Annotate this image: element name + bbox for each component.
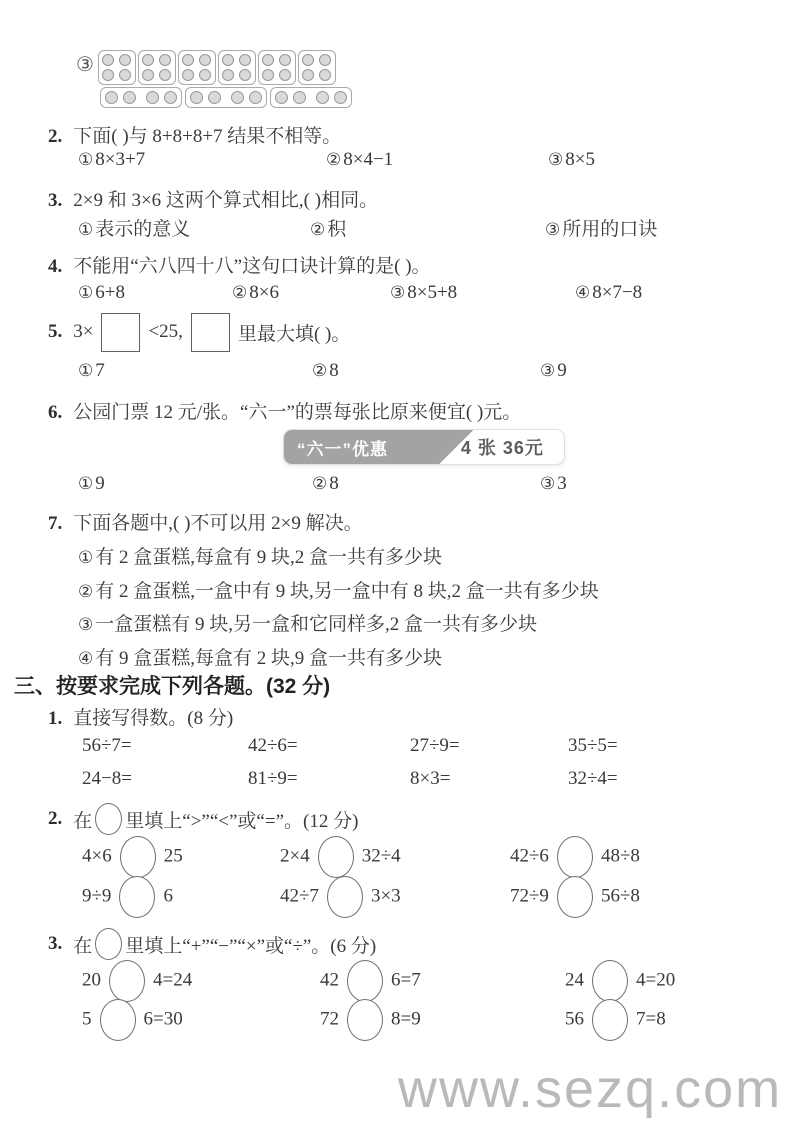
operator-left: 42: [320, 969, 339, 990]
option-text: 8: [329, 360, 339, 381]
option-text: 积: [327, 219, 346, 240]
question-4-text: 不能用“六八四十八”这句口诀计算的是( )。: [73, 256, 430, 277]
answer-circle: [119, 876, 155, 918]
option-mark: ①: [78, 548, 93, 568]
calc-expression: 24−8=: [82, 768, 248, 790]
question-7: 7.下面各题中,( )不可以用 2×9 解决。: [48, 508, 363, 535]
dot-group-box: [100, 87, 182, 108]
calc-row-1: 56÷7= 42÷6= 27÷9= 35÷5=: [82, 735, 618, 757]
dot: [199, 54, 211, 66]
option-mark: ②: [326, 150, 341, 170]
compare-cell: 42÷73×3: [280, 876, 510, 918]
answer-circle: [327, 876, 363, 918]
option: ②8: [312, 473, 540, 495]
operator-right: 7=8: [636, 1008, 666, 1029]
section3-sub2-title: 2. 在 里填上“>”“<”或“=”。(12 分): [48, 803, 358, 835]
ticket-banner-price-label: 4 张 36元: [441, 430, 564, 464]
operator-left: 20: [82, 969, 101, 990]
option: ③8×5+8: [390, 282, 575, 304]
dot: [279, 69, 291, 81]
option-mark: ①: [78, 150, 93, 170]
dot-group-box: [178, 50, 216, 85]
dots-bottom-row: [100, 87, 352, 108]
option-text: 8×4−1: [343, 149, 393, 170]
answer-circle: [347, 999, 383, 1041]
section3-sub1-title: 1.直接写得数。(8 分): [48, 703, 233, 730]
option-mark: ②: [310, 220, 325, 240]
dot: [159, 69, 171, 81]
question-6-number: 6.: [48, 402, 62, 423]
list-item: ②有 2 盒蛋糕,一盒中有 9 块,另一盒中有 8 块,2 盒一共有多少块: [78, 575, 599, 609]
calc-expression: 42÷6=: [248, 735, 410, 757]
question-5-options: ①7 ②8 ③9: [78, 360, 567, 382]
answer-circle: [95, 803, 122, 835]
question-7-text: 下面各题中,( )不可以用 2×9 解决。: [73, 513, 362, 534]
operator-cell: 567=8: [565, 999, 666, 1041]
operator-right: 6=7: [391, 969, 421, 990]
sub3-number: 3.: [48, 933, 62, 955]
question-3: 3.2×9 和 3×6 这两个算式相比,( )相同。: [48, 185, 378, 212]
question-2-options: ①8×3+7 ②8×4−1 ③8×5: [78, 149, 595, 171]
dot-group-box: [298, 50, 336, 85]
compare-left: 72÷9: [510, 885, 549, 906]
compare-left: 2×4: [280, 845, 310, 866]
option-mark: ①: [78, 283, 93, 303]
option: ①7: [78, 360, 312, 382]
question-3-text: 2×9 和 3×6 这两个算式相比,( )相同。: [73, 190, 378, 211]
answer-circle: [592, 999, 628, 1041]
answer-circle: [557, 836, 593, 878]
dot-group-box: [138, 50, 176, 85]
dot: [231, 91, 244, 104]
dot: [119, 54, 131, 66]
section-3-header: 三、按要求完成下列各题。(32 分): [14, 670, 330, 700]
option-mark: ①: [78, 474, 93, 494]
option-text: 8×3+7: [95, 149, 145, 170]
question-4-number: 4.: [48, 256, 62, 277]
operator-cell: 56=30: [82, 999, 320, 1041]
dot: [262, 54, 274, 66]
operator-left: 24: [565, 969, 584, 990]
operator-left: 56: [565, 1008, 584, 1029]
option-text: 有 2 盒蛋糕,一盒中有 9 块,另一盒中有 8 块,2 盒一共有多少块: [95, 581, 599, 602]
dot: [222, 54, 234, 66]
dot: [279, 54, 291, 66]
option-mark: ②: [78, 582, 93, 602]
option: ②8×4−1: [326, 149, 548, 171]
compare-row-2: 9÷96 42÷73×3 72÷956÷8: [82, 876, 640, 918]
dot: [302, 69, 314, 81]
answer-circle: [557, 876, 593, 918]
compare-cell: 4×625: [82, 836, 280, 878]
option-mark: ②: [312, 474, 327, 494]
dot-group-box: [98, 50, 136, 85]
calc-expression: 27÷9=: [410, 735, 568, 757]
dot: [119, 69, 131, 81]
option-mark: ③: [545, 220, 560, 240]
question-4-options: ①6+8 ②8×6 ③8×5+8 ④8×7−8: [78, 282, 642, 304]
option: ②8: [312, 360, 540, 382]
question-5-post: 里最大填( )。: [238, 319, 350, 346]
compare-right: 25: [164, 845, 183, 866]
dot: [105, 91, 118, 104]
question-3-number: 3.: [48, 190, 62, 211]
option-mark: ①: [78, 361, 93, 381]
calc-expression: 8×3=: [410, 768, 568, 790]
question-5-pre: 3×: [73, 321, 93, 343]
dots-top-row: [98, 50, 352, 85]
dot: [142, 69, 154, 81]
sub2-number: 2.: [48, 808, 62, 830]
compare-left: 9÷9: [82, 885, 111, 906]
option-mark: ④: [575, 283, 590, 303]
answer-box: [101, 313, 140, 352]
compare-left: 42÷6: [510, 845, 549, 866]
calc-expression: 56÷7=: [82, 735, 248, 757]
question-7-number: 7.: [48, 513, 62, 534]
dot: [164, 91, 177, 104]
option-text: 3: [557, 473, 567, 494]
option-text: 8×5: [565, 149, 595, 170]
question-4: 4.不能用“六八四十八”这句口诀计算的是( )。: [48, 251, 431, 278]
answer-circle: [109, 960, 145, 1002]
option-text: 8: [329, 473, 339, 494]
option-mark: ②: [312, 361, 327, 381]
option-mark: ③: [390, 283, 405, 303]
option-text: 所用的口诀: [562, 219, 657, 240]
operator-right: 4=20: [636, 969, 675, 990]
operator-right: 6=30: [144, 1008, 183, 1029]
answer-circle: [318, 836, 354, 878]
option: ②8×6: [232, 282, 390, 304]
option-mark: ②: [232, 283, 247, 303]
option-mark: ③: [540, 474, 555, 494]
operator-row-2: 56=30 728=9 567=8: [82, 999, 666, 1041]
compare-row-1: 4×625 2×432÷4 42÷648÷8: [82, 836, 640, 878]
option-text: 8×6: [249, 282, 279, 303]
sub1-title-text: 直接写得数。(8 分): [73, 708, 233, 729]
dot: [159, 54, 171, 66]
calc-expression: 81÷9=: [248, 768, 410, 790]
question-2-text: 下面( )与 8+8+8+7 结果不相等。: [73, 126, 341, 147]
operator-cell: 204=24: [82, 960, 320, 1002]
list-item: ①有 2 盒蛋糕,每盒有 9 块,2 盒一共有多少块: [78, 541, 599, 575]
question-6-text: 公园门票 12 元/张。“六一”的票每张比原来便宜( )元。: [73, 402, 521, 423]
option-text: 8×7−8: [592, 282, 642, 303]
compare-right: 48÷8: [601, 845, 640, 866]
option: ③9: [540, 360, 567, 382]
sub1-number: 1.: [48, 708, 62, 729]
answer-circle: [95, 928, 122, 960]
answer-box: [191, 313, 230, 352]
option-mark: ③: [540, 361, 555, 381]
question-6: 6.公园门票 12 元/张。“六一”的票每张比原来便宜( )元。: [48, 397, 521, 424]
option-text: 有 2 盒蛋糕,每盒有 9 块,2 盒一共有多少块: [95, 547, 442, 568]
compare-left: 4×6: [82, 845, 112, 866]
compare-cell: 2×432÷4: [280, 836, 510, 878]
calc-row-2: 24−8= 81÷9= 8×3= 32÷4=: [82, 768, 618, 790]
answer-circle: [347, 960, 383, 1002]
dot-group-box: [270, 87, 352, 108]
operator-right: 8=9: [391, 1008, 421, 1029]
compare-cell: 42÷648÷8: [510, 836, 640, 878]
option-text: 7: [95, 360, 105, 381]
option: ①6+8: [78, 282, 232, 304]
dot: [319, 54, 331, 66]
question-5-number: 5.: [48, 321, 62, 343]
option-text: 9: [95, 473, 105, 494]
option: ②积: [310, 214, 545, 241]
operator-left: 5: [82, 1008, 92, 1029]
option: ③8×5: [548, 149, 595, 171]
dot: [275, 91, 288, 104]
option: ①8×3+7: [78, 149, 326, 171]
dot: [199, 69, 211, 81]
compare-cell: 9÷96: [82, 876, 280, 918]
dot-group-box: [185, 87, 267, 108]
answer-circle: [120, 836, 156, 878]
question-2-number: 2.: [48, 126, 62, 147]
option-text: 有 9 盒蛋糕,每盒有 2 块,9 盒一共有多少块: [95, 648, 442, 669]
figure-item-label: ③: [76, 52, 94, 76]
answer-circle: [100, 999, 136, 1041]
site-watermark: www.sezq.com: [398, 1058, 782, 1120]
dot: [239, 54, 251, 66]
compare-right: 56÷8: [601, 885, 640, 906]
dot: [142, 54, 154, 66]
operator-cell: 728=9: [320, 999, 565, 1041]
dot: [102, 54, 114, 66]
dot: [239, 69, 251, 81]
dot: [316, 91, 329, 104]
answer-circle: [592, 960, 628, 1002]
compare-right: 6: [163, 885, 173, 906]
dot: [302, 54, 314, 66]
option: ④8×7−8: [575, 282, 642, 304]
option-mark: ①: [78, 220, 93, 240]
dot: [249, 91, 262, 104]
dot: [182, 54, 194, 66]
sub2-title-pre: 在: [73, 806, 92, 833]
option: ①表示的意义: [78, 214, 310, 241]
dot: [293, 91, 306, 104]
operator-cell: 426=7: [320, 960, 565, 1002]
option-text: 6+8: [95, 282, 125, 303]
dot: [182, 69, 194, 81]
operator-cell: 244=20: [565, 960, 675, 1002]
sub2-title-post: 里填上“>”“<”或“=”。(12 分): [125, 806, 358, 833]
question-3-options: ①表示的意义 ②积 ③所用的口诀: [78, 214, 657, 241]
dot-group-box: [258, 50, 296, 85]
operator-right: 4=24: [153, 969, 192, 990]
option: ①9: [78, 473, 312, 495]
option-text: 9: [557, 360, 567, 381]
operator-left: 72: [320, 1008, 339, 1029]
sub3-title-pre: 在: [73, 931, 92, 958]
option-text: 8×5+8: [407, 282, 457, 303]
dot: [190, 91, 203, 104]
compare-right: 32÷4: [362, 845, 401, 866]
option-text: 一盒蛋糕有 9 块,另一盒和它同样多,2 盒一共有多少块: [95, 614, 537, 635]
option: ③3: [540, 473, 567, 495]
question-5-mid: <25,: [148, 321, 182, 343]
compare-right: 3×3: [371, 885, 401, 906]
option-mark: ③: [548, 150, 563, 170]
dot: [146, 91, 159, 104]
question-7-items: ①有 2 盒蛋糕,每盒有 9 块,2 盒一共有多少块 ②有 2 盒蛋糕,一盒中有…: [78, 541, 599, 675]
worksheet-page: ③ 2.下面( )与 8+8+8+7 结果不相等。 ①8×3+7 ②8×4−1 …: [0, 0, 800, 1131]
dot: [208, 91, 221, 104]
compare-cell: 72÷956÷8: [510, 876, 640, 918]
dots-figure-body: [98, 50, 352, 108]
option: ③所用的口诀: [545, 214, 657, 241]
dot: [102, 69, 114, 81]
dots-figure: ③: [76, 50, 352, 108]
dot: [319, 69, 331, 81]
dot-group-box: [218, 50, 256, 85]
calc-expression: 35÷5=: [568, 735, 618, 757]
option-text: 表示的意义: [95, 219, 190, 240]
option-mark: ③: [78, 615, 93, 635]
dot: [123, 91, 136, 104]
dot: [222, 69, 234, 81]
operator-row-1: 204=24 426=7 244=20: [82, 960, 675, 1002]
sub3-title-post: 里填上“+”“−”“×”或“÷”。(6 分): [125, 931, 376, 958]
option-mark: ④: [78, 649, 93, 669]
calc-expression: 32÷4=: [568, 768, 618, 790]
question-5: 5. 3× <25, 里最大填( )。: [48, 312, 350, 352]
list-item: ③一盒蛋糕有 9 块,另一盒和它同样多,2 盒一共有多少块: [78, 608, 599, 642]
ticket-banner: “六一”优惠 4 张 36元: [283, 429, 565, 465]
question-2: 2.下面( )与 8+8+8+7 结果不相等。: [48, 121, 341, 148]
question-6-options: ①9 ②8 ③3: [78, 473, 567, 495]
section3-sub3-title: 3. 在 里填上“+”“−”“×”或“÷”。(6 分): [48, 928, 376, 960]
compare-left: 42÷7: [280, 885, 319, 906]
dot: [262, 69, 274, 81]
dot: [334, 91, 347, 104]
